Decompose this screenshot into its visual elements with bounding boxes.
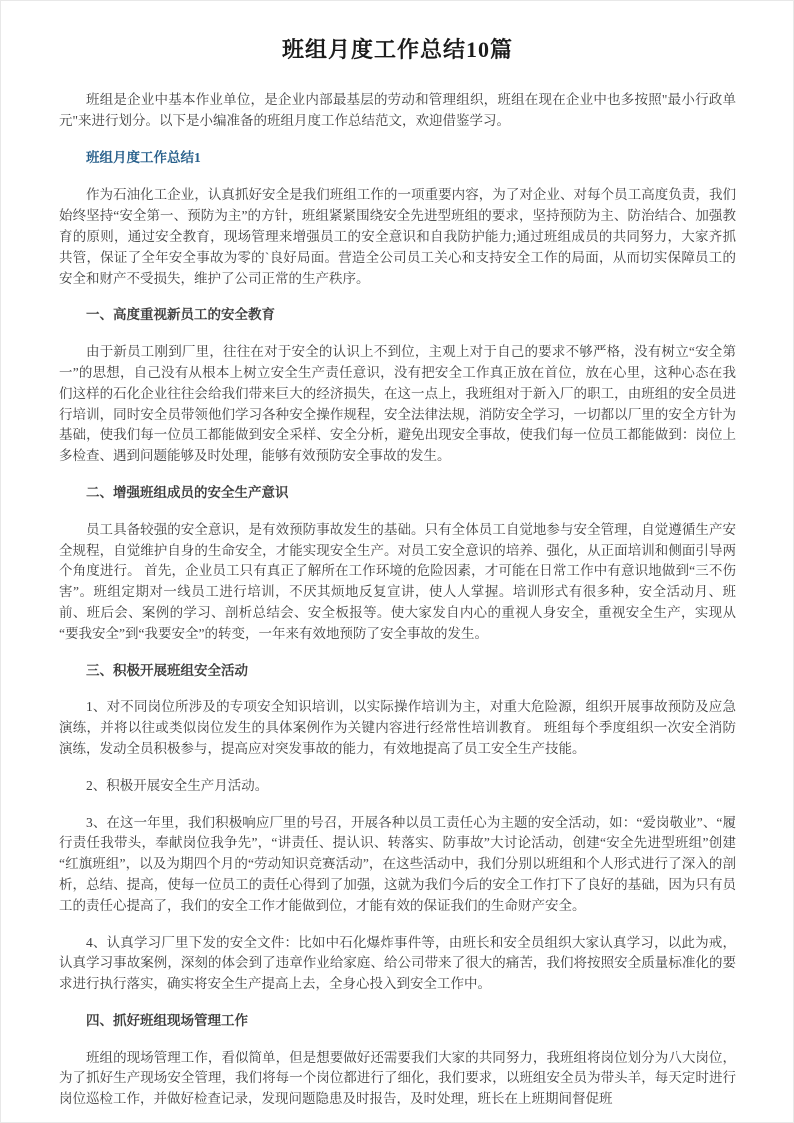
section-4-heading: 四、抓好班组现场管理工作: [59, 1011, 736, 1032]
section-3-list-item-2: 2、积极开展安全生产月活动。: [59, 776, 736, 797]
section-2-paragraph: 员工具备较强的安全意识，是有效预防事故发生的基础。只有全体员工自觉地参与安全管理…: [59, 520, 736, 645]
article-1-opening-paragraph: 作为石油化工企业，认真抓好安全是我们班组工作的一项重要内容，为了对企业、对每个员…: [59, 185, 736, 289]
intro-paragraph: 班组是企业中基本作业单位，是企业内部最基层的劳动和管理组织，班组在现在企业中也多…: [59, 90, 736, 132]
section-4-paragraph-truncated: 班组的现场管理工作，看似简单，但是想要做好还需要我们大家的共同努力，我班组将岗位…: [59, 1048, 736, 1110]
section-1-heading: 一、高度重视新员工的安全教育: [59, 305, 736, 326]
section-2-heading: 二、增强班组成员的安全生产意识: [59, 483, 736, 504]
section-3-list-item-3: 3、在这一年里，我们积极响应厂里的号召，开展各种以员工责任心为主题的安全活动，如…: [59, 813, 736, 917]
document-title: 班组月度工作总结10篇: [59, 33, 736, 64]
section-3-heading: 三、积极开展班组安全活动: [59, 661, 736, 682]
section-3-list-item-4: 4、认真学习厂里下发的安全文件：比如中石化爆炸事件等，由班长和安全员组织大家认真…: [59, 933, 736, 995]
section-1-paragraph: 由于新员工刚到厂里，往往在对于安全的认识上不到位，主观上对于自己的要求不够严格，…: [59, 342, 736, 467]
section-3-list-item-1: 1、对不同岗位所涉及的专项安全知识培训，以实际操作培训为主，对重大危险源，组织开…: [59, 697, 736, 759]
article-1-heading: 班组月度工作总结1: [59, 148, 736, 169]
document-page: 班组月度工作总结10篇 班组是企业中基本作业单位，是企业内部最基层的劳动和管理组…: [0, 0, 794, 1123]
